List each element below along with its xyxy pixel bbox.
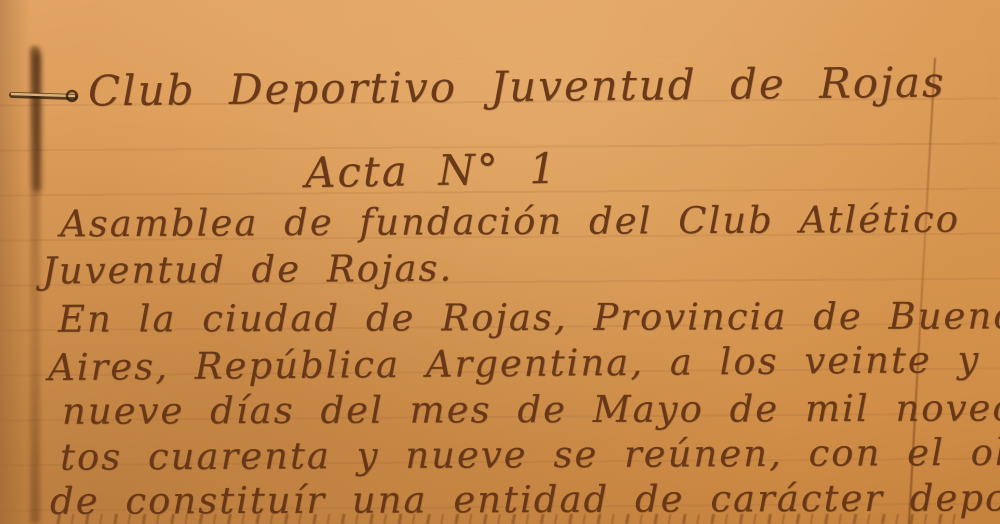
clipped-bottom-text-line — [46, 514, 966, 524]
left-margin-smudge-dark — [33, 52, 41, 192]
document-heading: Club Deportivo Juventud de Rojas — [88, 58, 946, 116]
text-line: Aires, República Argentina, a los veinte… — [48, 338, 981, 389]
text-line: En la ciudad de Rojas, Provincia de Buen… — [58, 294, 1000, 340]
text-line: nueve días del mes de Mayo de mil noveci… — [62, 386, 1000, 433]
text-line: tos cuarenta y nueve se reúnen, con el o… — [60, 430, 1000, 478]
pin-icon — [6, 78, 90, 112]
manuscript-page-photo: Club Deportivo Juventud de Rojas Acta N°… — [0, 0, 1000, 524]
acta-number-title: Acta N° 1 — [305, 144, 559, 197]
text-line: Asamblea de fundación del Club Atlético — [60, 198, 960, 246]
text-line: Juventud de Rojas. — [42, 247, 453, 293]
